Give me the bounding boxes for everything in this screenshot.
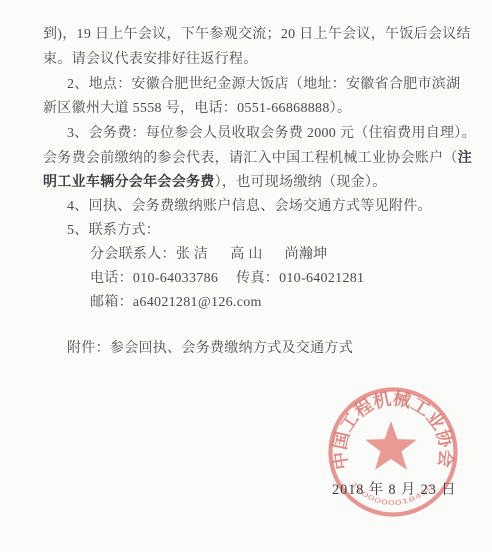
liaison-line: 分会联系人：张 洁高 山尚瀚坤	[90, 247, 328, 263]
fax-label: 传真：	[236, 271, 279, 286]
fee-item-line-3: 明工业车辆分会年会会务费），也可现场缴纳（现金）。	[43, 175, 387, 191]
location-item-line-2: 新区徽州大道 5558 号，电话：0551-66868888）。	[43, 101, 351, 117]
schedule-text-line-2: 束。请会议代表安排好往返行程。	[43, 52, 258, 68]
fee-line-2-bold: 注	[458, 151, 472, 166]
attachment-note-item: 4、回执、会务费缴纳账户信息、会场交通方式等见附件。	[67, 199, 432, 215]
schedule-text-line-1: 到)，19 日上午会议，下午参观交流；20 日上午会议，午饭后会议结	[43, 27, 471, 43]
phone-fax-line: 电话：010-64033786传真：010-64021281	[90, 271, 364, 287]
phone-number: 010-64033786	[133, 271, 218, 286]
document-date: 2018 年 8 月 23 日	[332, 478, 456, 499]
liaison-name: 张 洁	[176, 247, 208, 262]
star-icon	[365, 421, 416, 470]
contact-heading-item: 5、联系方式：	[67, 223, 160, 239]
email-address: a64021281@126.com	[133, 295, 262, 310]
email-label: 邮箱：	[90, 295, 133, 310]
liaison-label: 分会联系人：	[90, 247, 176, 262]
fee-item-line-2: 会务费会前缴纳的参会代表，请汇入中国工程机械工业协会账户（注	[43, 151, 472, 167]
fax-number: 010-64021281	[279, 271, 364, 286]
fee-line-3-regular: ），也可现场缴纳（现金）。	[215, 175, 387, 190]
liaison-name: 尚瀚坤	[285, 247, 328, 262]
scanned-document-page: 到)，19 日上午会议，下午参观交流；20 日上午会议，午饭后会议结 束。请会议…	[0, 0, 492, 552]
liaison-name: 高 山	[230, 247, 262, 262]
official-seal-stamp: 中国工程机械工业协会 1100000018430	[311, 370, 475, 534]
phone-label: 电话：	[90, 271, 133, 286]
email-line: 邮箱：a64021281@126.com	[90, 295, 262, 311]
location-item-line-1: 2、地点：安徽合肥世纪金源大饭店（地址：安徽省合肥市滨湖	[67, 77, 460, 93]
fee-line-3-bold: 明工业车辆分会年会会务费	[43, 175, 215, 190]
attachment-list-line: 附件：参会回执、会务费缴纳方式及交通方式	[67, 341, 353, 357]
fee-line-2-regular: 会务费会前缴纳的参会代表，请汇入中国工程机械工业协会账户（	[43, 151, 458, 166]
fee-item-line-1: 3、会务费：每位参会人员收取会务费 2000 元（住宿费用自理）。	[67, 126, 476, 142]
